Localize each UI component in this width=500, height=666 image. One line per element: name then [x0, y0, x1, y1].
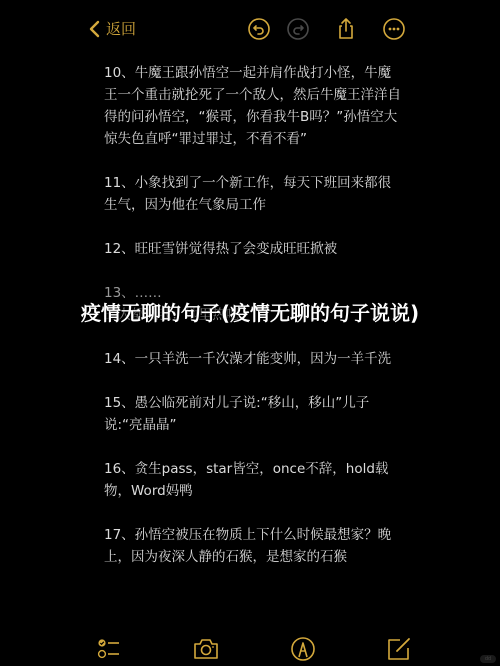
- watermark: dd: [480, 655, 496, 663]
- note-item-14: 14、一只羊洗一千次澡才能变帅，因为一羊千洗: [104, 348, 404, 370]
- note-item-15: 15、愚公临死前对儿子说:“移山，移山”儿子说:“亮晶晶”: [104, 392, 404, 436]
- note-item-11: 11、小象找到了一个新工作，每天下班回来都很生气，因为他在气象局工作: [104, 172, 404, 216]
- chevron-left-icon: [88, 20, 100, 38]
- top-toolbar: 返回: [0, 0, 500, 60]
- note-body[interactable]: 10、牛魔王跟孙悟空一起并肩作战打小怪，牛魔王一个重击就抡死了一个敌人，然后牛魔…: [104, 62, 404, 590]
- redo-icon[interactable]: [286, 17, 310, 41]
- overlay-title: 疫情无聊的句子(疫情无聊的句子说说): [70, 300, 430, 326]
- camera-icon[interactable]: [193, 636, 219, 662]
- back-label: 返回: [106, 18, 136, 39]
- note-item-17: 17、孙悟空被压在物质上下什么时候最想家？晚上，因为夜深人静的石猴，是想家的石猴: [104, 524, 404, 568]
- checklist-icon[interactable]: [97, 636, 123, 662]
- markup-icon[interactable]: [290, 636, 316, 662]
- note-item-16: 16、贪生pass，star皆空，once不辞，hold载物，Word妈鸭: [104, 458, 404, 502]
- more-icon[interactable]: [382, 17, 406, 41]
- compose-icon[interactable]: [386, 636, 412, 662]
- bottom-toolbar: [0, 606, 500, 666]
- share-icon[interactable]: [334, 17, 358, 41]
- note-item-12: 12、旺旺雪饼觉得热了会变成旺旺掀被: [104, 238, 404, 260]
- undo-icon[interactable]: [247, 17, 271, 41]
- note-item-10: 10、牛魔王跟孙悟空一起并肩作战打小怪，牛魔王一个重击就抡死了一个敌人，然后牛魔…: [104, 62, 404, 150]
- back-button[interactable]: 返回: [88, 18, 136, 39]
